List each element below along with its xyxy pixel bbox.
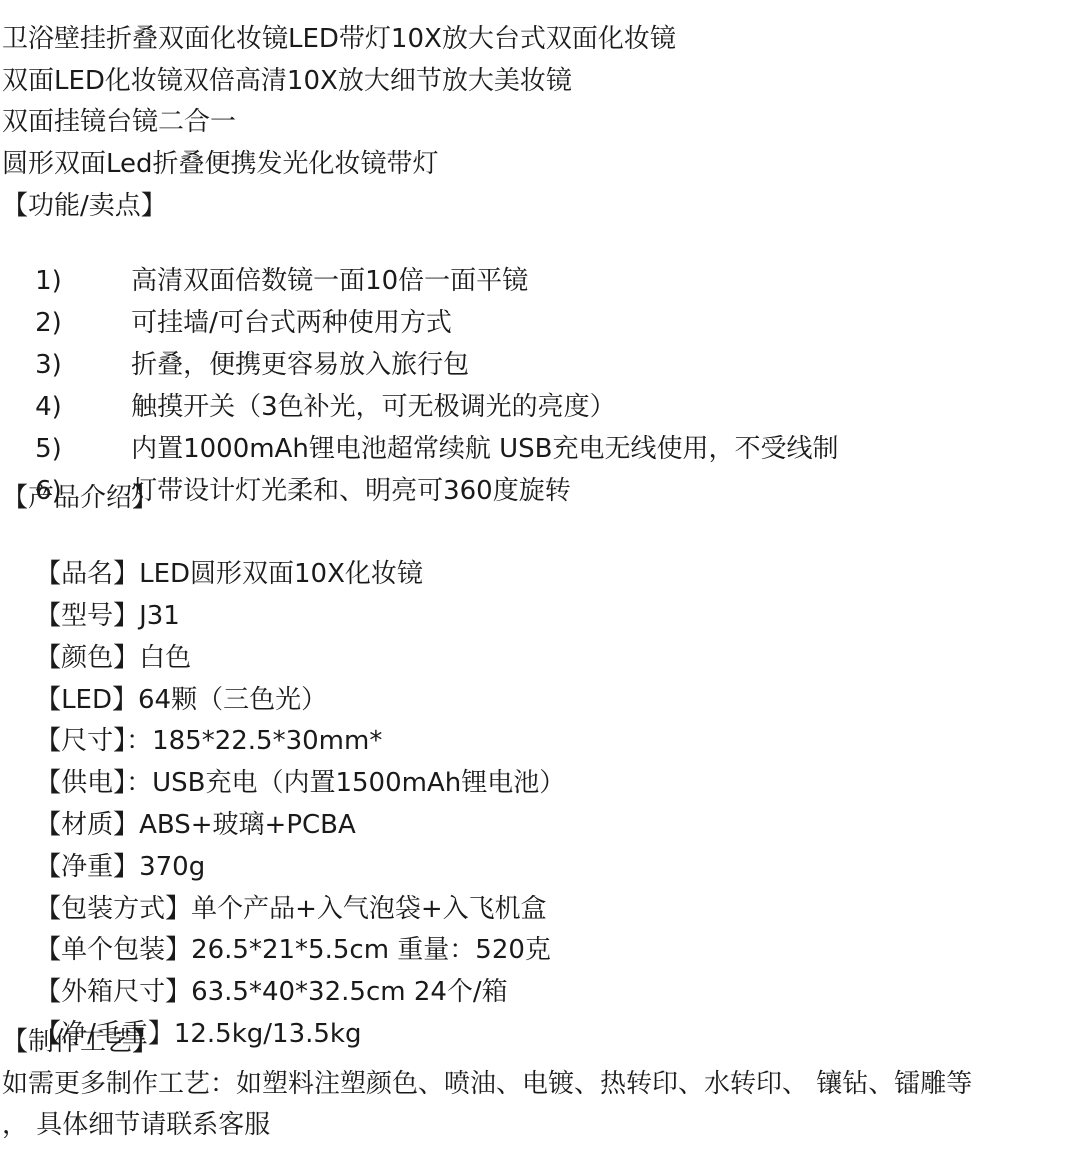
craft-heading: 【制作工艺】 [2,1025,158,1059]
product-intro-heading: 【产品介绍】 [2,481,158,515]
spec-row-power: 【供电】：USB充电（内置1500mAh锂电池） [2,732,565,766]
title-line-3: 双面挂镜台镜二合一 [2,105,236,139]
craft-line-2: ， 具体细节请联系客服 [2,1108,270,1142]
title-line-1: 卫浴壁挂折叠双面化妆镜LED带灯10X放大台式双面化妆镜 [2,22,676,56]
title-line-2: 双面LED化妆镜双倍高清10X放大细节放大美妆镜 [2,64,572,98]
spec-row-material: 【材质】ABS+玻璃+PCBA [2,774,356,808]
title-line-4: 圆形双面Led折叠便携发光化妆镜带灯 [2,147,439,181]
spec-row-size: 【尺寸】：185*22.5*30mm* [2,690,382,724]
spec-row-packaging: 【包装方式】单个产品+入气泡袋+入飞机盒 [2,858,547,892]
feature-item: 5)内置1000mAh锂电池超常续航 USB充电无线使用，不受线制 [2,398,838,432]
product-spec-document: 卫浴壁挂折叠双面化妆镜LED带灯10X放大台式双面化妆镜 双面LED化妆镜双倍高… [0,0,1080,1163]
feature-item: 2)可挂墙/可台式两种使用方式 [2,272,452,306]
spec-value: 12.5kg/13.5kg [174,1019,362,1049]
spec-row-color: 【颜色】白色 [2,607,191,641]
craft-line-1: 如需更多制作工艺：如塑料注塑颜色、喷油、电镀、热转印、水转印、 镶钻、镭雕等 [2,1067,972,1101]
spec-row-led: 【LED】64颗（三色光） [2,649,327,683]
feature-item: 1)高清双面倍数镜一面10倍一面平镜 [2,230,528,264]
feature-item: 3)折叠，便携更容易放入旅行包 [2,314,469,348]
spec-row-single-package: 【单个包装】26.5*21*5.5cm 重量：520克 [2,899,551,933]
spec-row-model: 【型号】J31 [2,565,180,599]
feature-item: 6)灯带设计灯光柔和、明亮可360度旋转 [2,440,571,474]
spec-row-name: 【品名】LED圆形双面10X化妆镜 [2,523,423,557]
spec-row-net-weight: 【净重】370g [2,816,205,850]
spec-row-carton-size: 【外箱尺寸】63.5*40*32.5cm 24个/箱 [2,941,508,975]
feature-item: 4)触摸开关（3色补光，可无极调光的亮度） [2,356,616,390]
features-heading: 【功能/卖点】 [2,189,167,223]
spec-value: LED圆形双面10X化妆镜 [139,559,423,589]
feature-text: 灯带设计灯光柔和、明亮可360度旋转 [131,476,571,506]
spec-row-net-gross-weight: 【净/毛重】12.5kg/13.5kg [2,983,362,1017]
